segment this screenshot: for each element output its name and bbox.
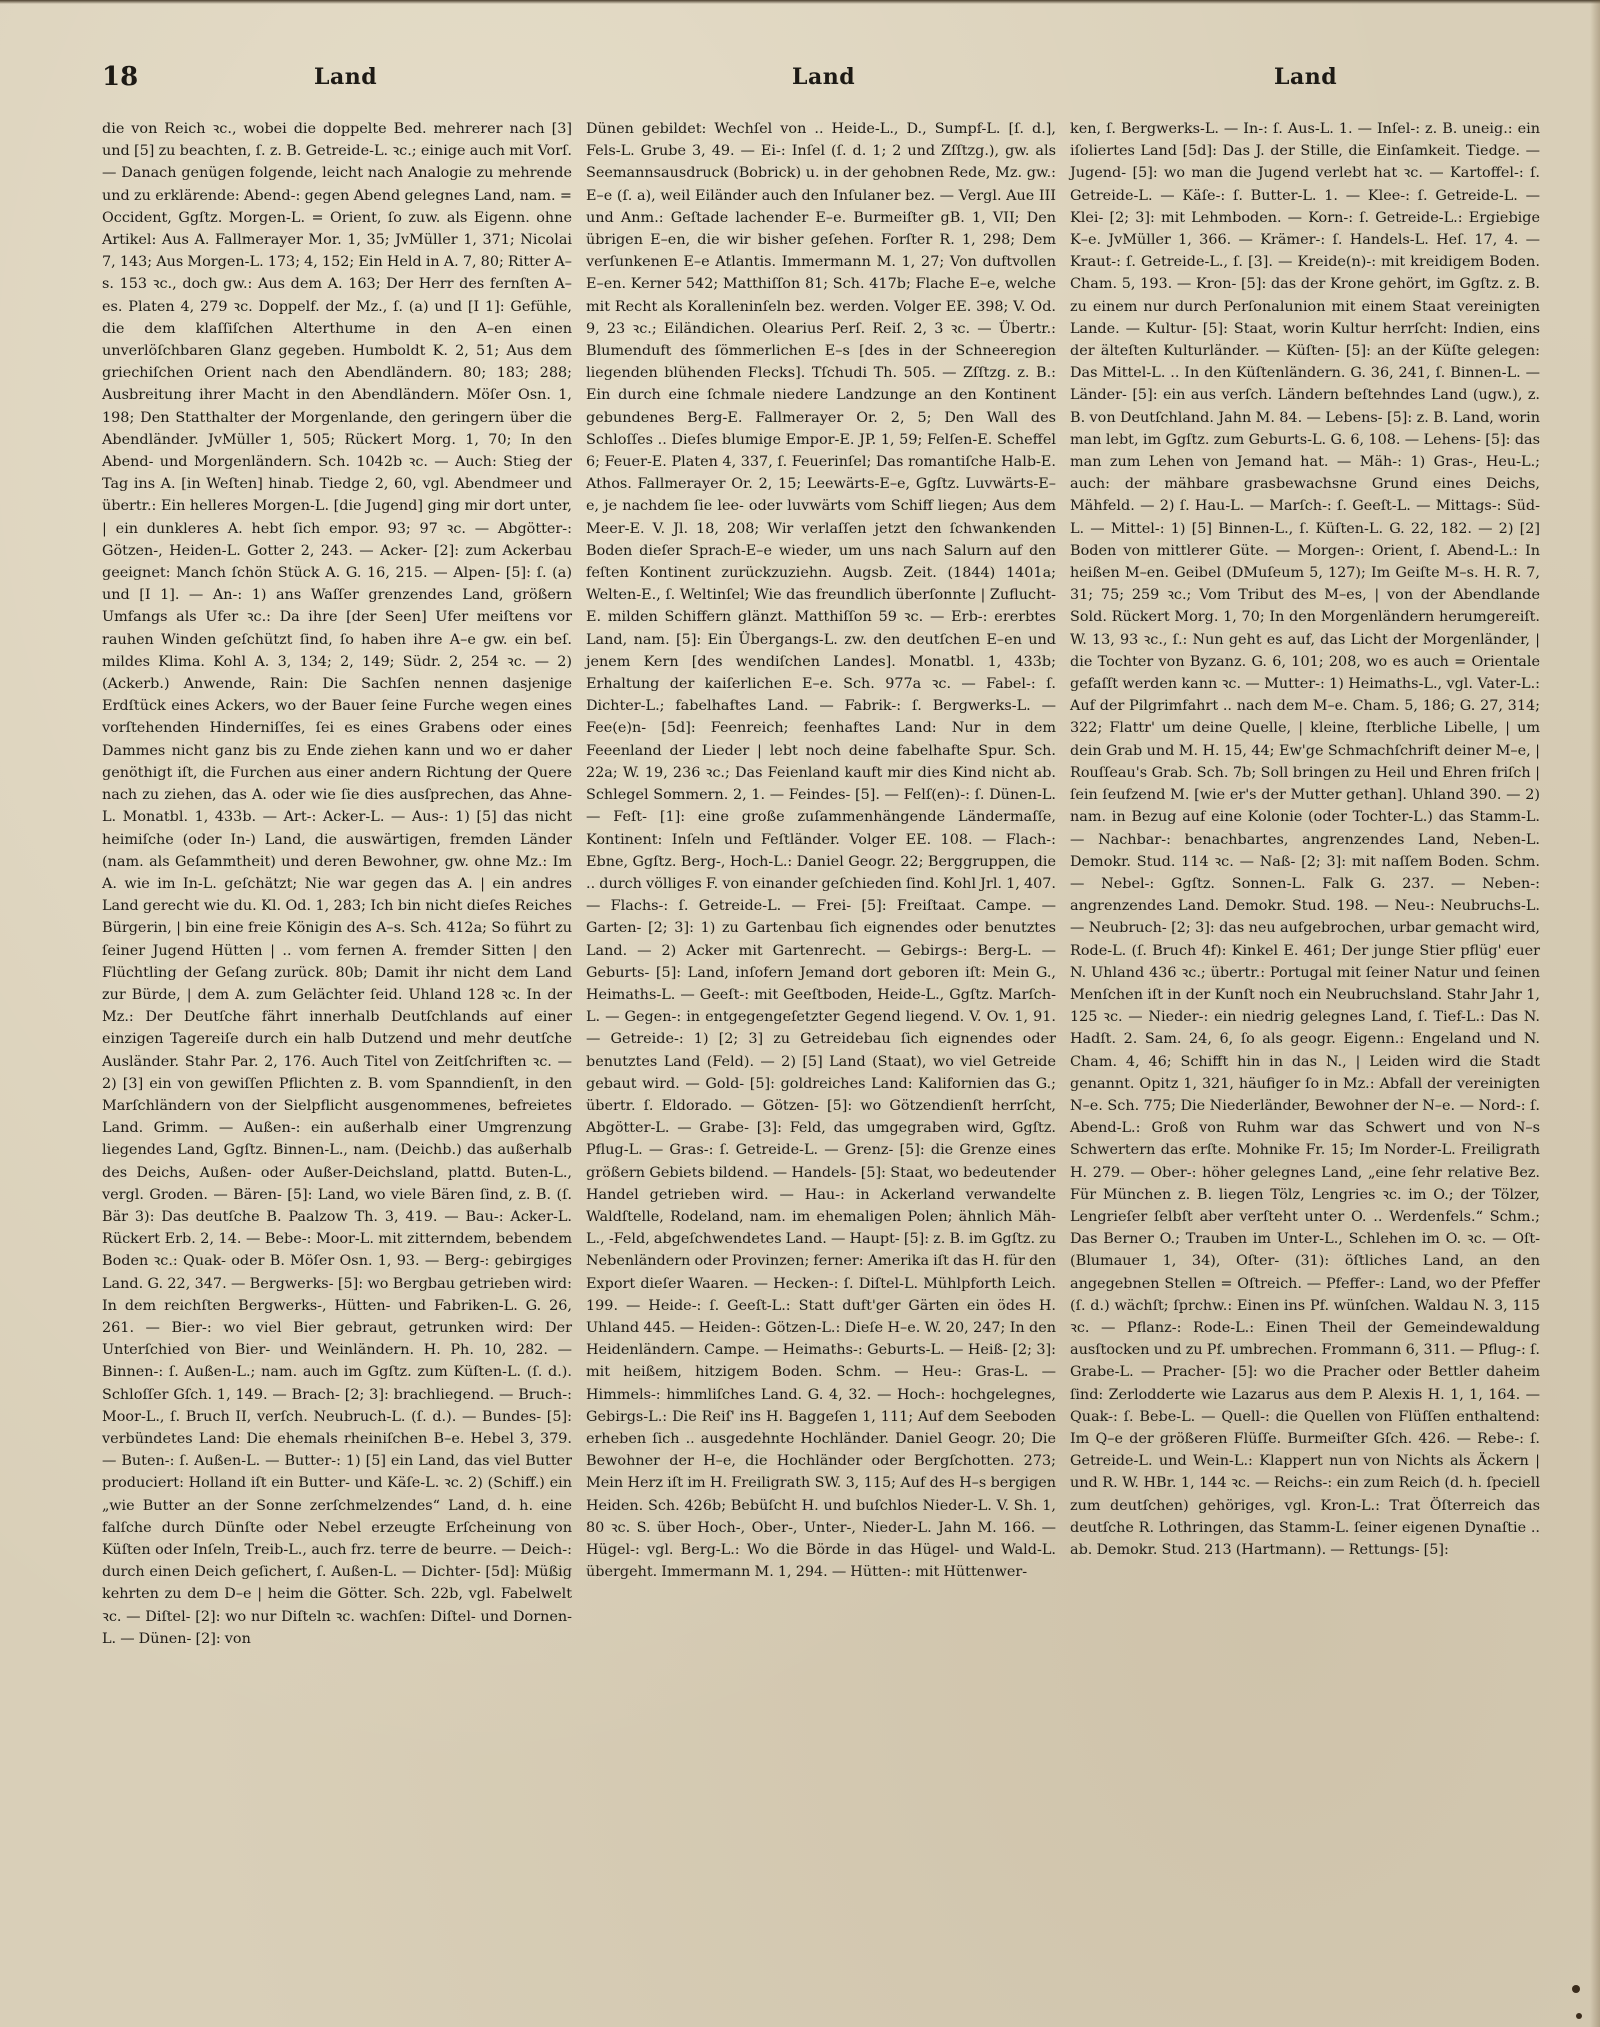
page-top-edge [0, 0, 1600, 4]
entry-text: die von Reich ꝛc., wobei die doppelte Be… [102, 118, 572, 1650]
ink-spot [1576, 2013, 1582, 2019]
page-right-edge [1590, 0, 1600, 2027]
column-right: ken, ſ. Bergwerks-L. — In-: ſ. Aus-L. 1.… [1070, 118, 1540, 1988]
dictionary-columns: die von Reich ꝛc., wobei die doppelte Be… [102, 118, 1542, 1988]
column-middle: Dünen gebildet: Wechſel von .. Heide-L.,… [586, 118, 1056, 1988]
running-head-left: Land [314, 64, 377, 90]
ink-spot [1572, 1985, 1580, 1993]
entry-text: ken, ſ. Bergwerks-L. — In-: ſ. Aus-L. 1.… [1070, 118, 1540, 1561]
running-head-right: Land [1274, 64, 1337, 90]
entry-text: Dünen gebildet: Wechſel von .. Heide-L.,… [586, 118, 1056, 1583]
page-header: 18 Land Land Land [102, 62, 1542, 102]
page-number: 18 [102, 62, 138, 92]
column-left: die von Reich ꝛc., wobei die doppelte Be… [102, 118, 572, 1988]
running-head-center: Land [792, 64, 855, 90]
